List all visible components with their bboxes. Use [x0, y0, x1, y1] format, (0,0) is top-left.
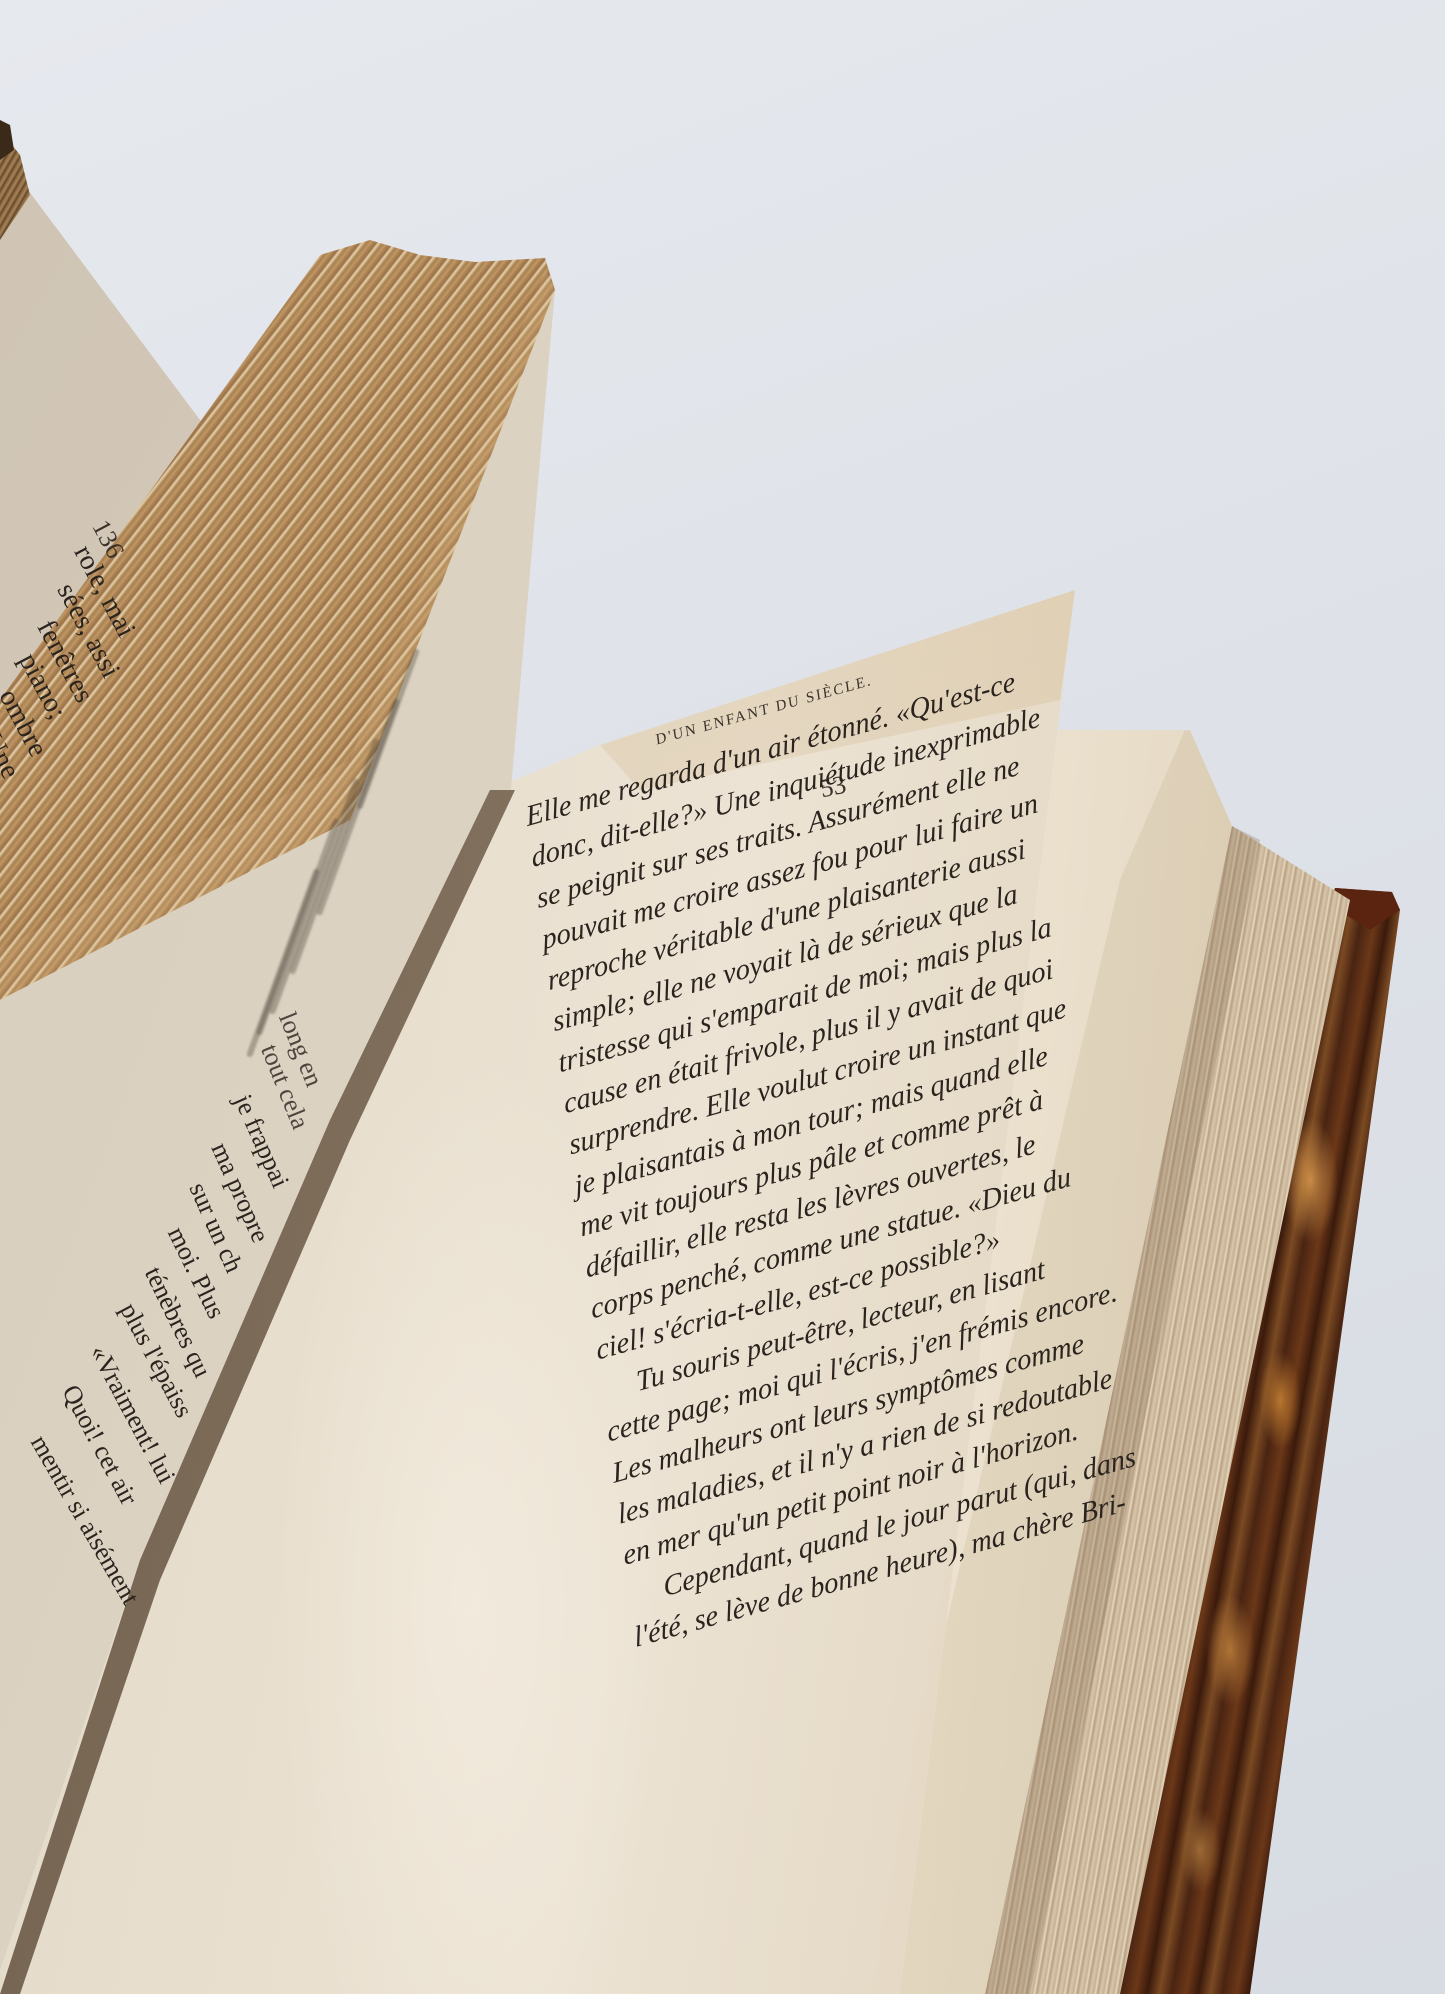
right-page-text-block: D'UN ENFANT DU SIÈCLE. Elle me regarda d…	[520, 604, 1234, 1659]
